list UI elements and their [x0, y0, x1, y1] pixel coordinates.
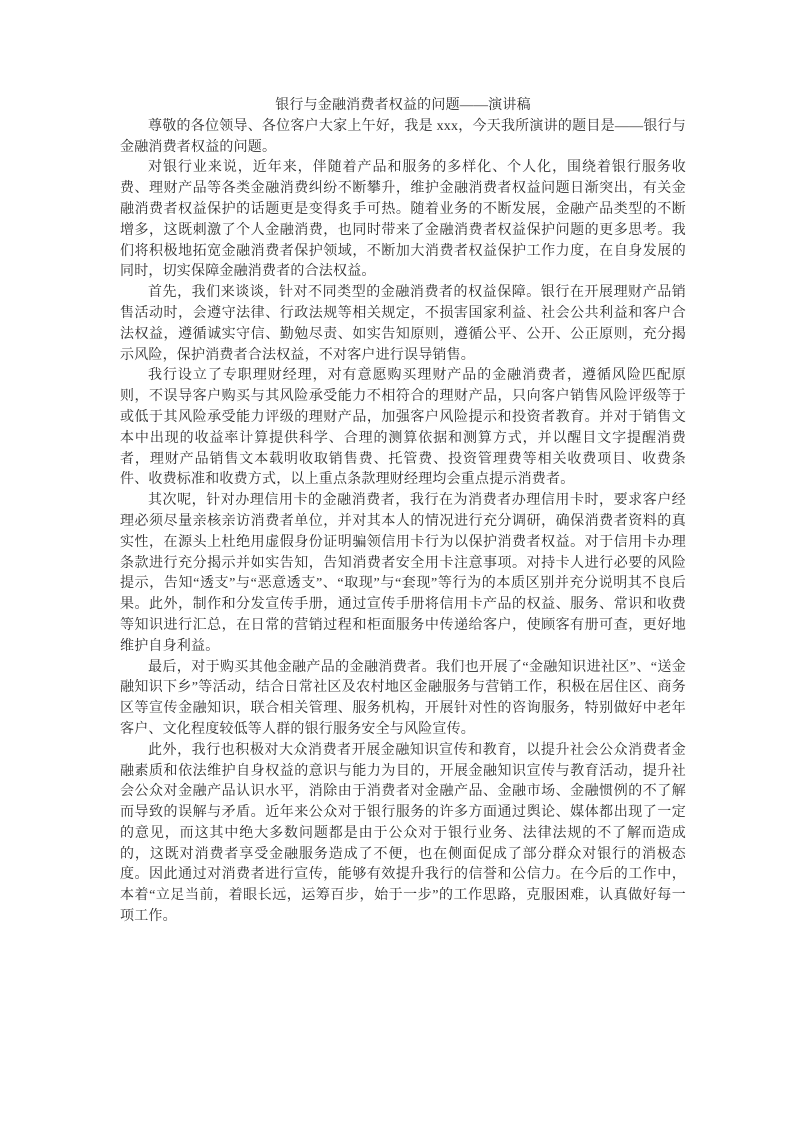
document-body: 银行与金融消费者权益的问题——演讲稿 尊敬的各位领导、各位客户大家上午好，我是 … — [120, 96, 686, 928]
document-title: 银行与金融消费者权益的问题——演讲稿 — [120, 96, 686, 117]
paragraph-credit-card: 其次呢，针对办理信用卡的金融消费者，我行在为消费者办理信用卡时，要求客户经理必须… — [120, 491, 686, 657]
paragraph-rights-protection-overview: 首先，我们来谈谈，针对不同类型的金融消费者的权益保障。银行在开展理财产品销售活动… — [120, 283, 686, 366]
paragraph-wealth-management: 我行设立了专职理财经理，对有意愿购买理财产品的金融消费者，遵循风险匹配原则，不误… — [120, 366, 686, 491]
paragraph-other-products: 最后，对于购买其他金融产品的金融消费者。我们也开展了“金融知识进社区”、“送金融… — [120, 658, 686, 741]
paragraph-industry-background: 对银行业来说，近年来，伴随着产品和服务的多样化、个人化，围绕着银行服务收费、理财… — [120, 158, 686, 283]
document-page: 银行与金融消费者权益的问题——演讲稿 尊敬的各位领导、各位客户大家上午好，我是 … — [0, 0, 793, 1122]
paragraph-greeting: 尊敬的各位领导、各位客户大家上午好，我是 xxx，今天我所演讲的题目是——银行与… — [120, 117, 686, 159]
paragraph-public-education-closing: 此外，我行也积极对大众消费者开展金融知识宣传和教育，以提升社会公众消费者金融素质… — [120, 741, 686, 928]
